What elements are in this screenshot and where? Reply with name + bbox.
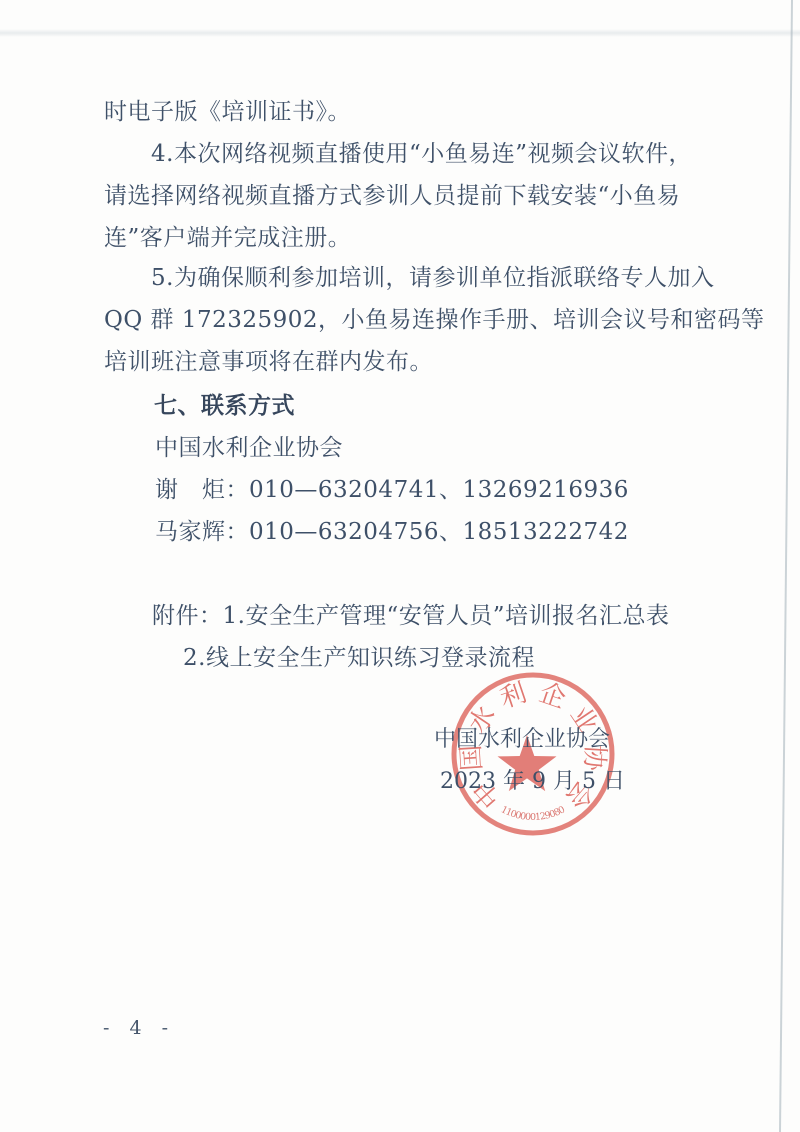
page-number: - 4 - <box>103 1014 175 1042</box>
para5-line-2: QQ 群 172325902，小鱼易连操作手册、培训会议号和密码等 <box>104 306 765 334</box>
signature-org: 中国水利企业协会 <box>434 726 610 754</box>
para4-line-2: 请选择网络视频直播方式参训人员提前下载安装“小鱼易 <box>104 182 680 210</box>
contact-person-2: 马家辉：010—63204756、18513222742 <box>155 518 629 546</box>
attachment-line-1: 附件：1.安全生产管理“安管人员”培训报名汇总表 <box>152 602 669 630</box>
contact-org: 中国水利企业协会 <box>155 434 343 462</box>
body-line-cert: 时电子版《培训证书》。 <box>104 98 351 126</box>
para5-line-3: 培训班注意事项将在群内发布。 <box>104 348 433 376</box>
para4-line-3: 连”客户端并完成注册。 <box>104 224 351 252</box>
para5-line-1: 5.为确保顺利参加培训，请参训单位指派联络专人加入 <box>151 264 714 292</box>
contact-person-1: 谢 炬：010—63204741、13269216936 <box>155 476 629 504</box>
para4-line-1: 4.本次网络视频直播使用“小鱼易连”视频会议软件， <box>151 140 692 168</box>
text-layer: 时电子版《培训证书》。 4.本次网络视频直播使用“小鱼易连”视频会议软件， 请选… <box>0 0 800 1132</box>
attachment-line-2: 2.线上安全生产知识练习登录流程 <box>183 644 535 672</box>
document-page: 中国水利企业协会 1100000129080 时电子版《培训证书》。 4.本次网… <box>0 0 800 1132</box>
section-heading: 七、联系方式 <box>154 392 295 420</box>
signature-date: 2023 年 9 月 5 日 <box>440 768 625 796</box>
